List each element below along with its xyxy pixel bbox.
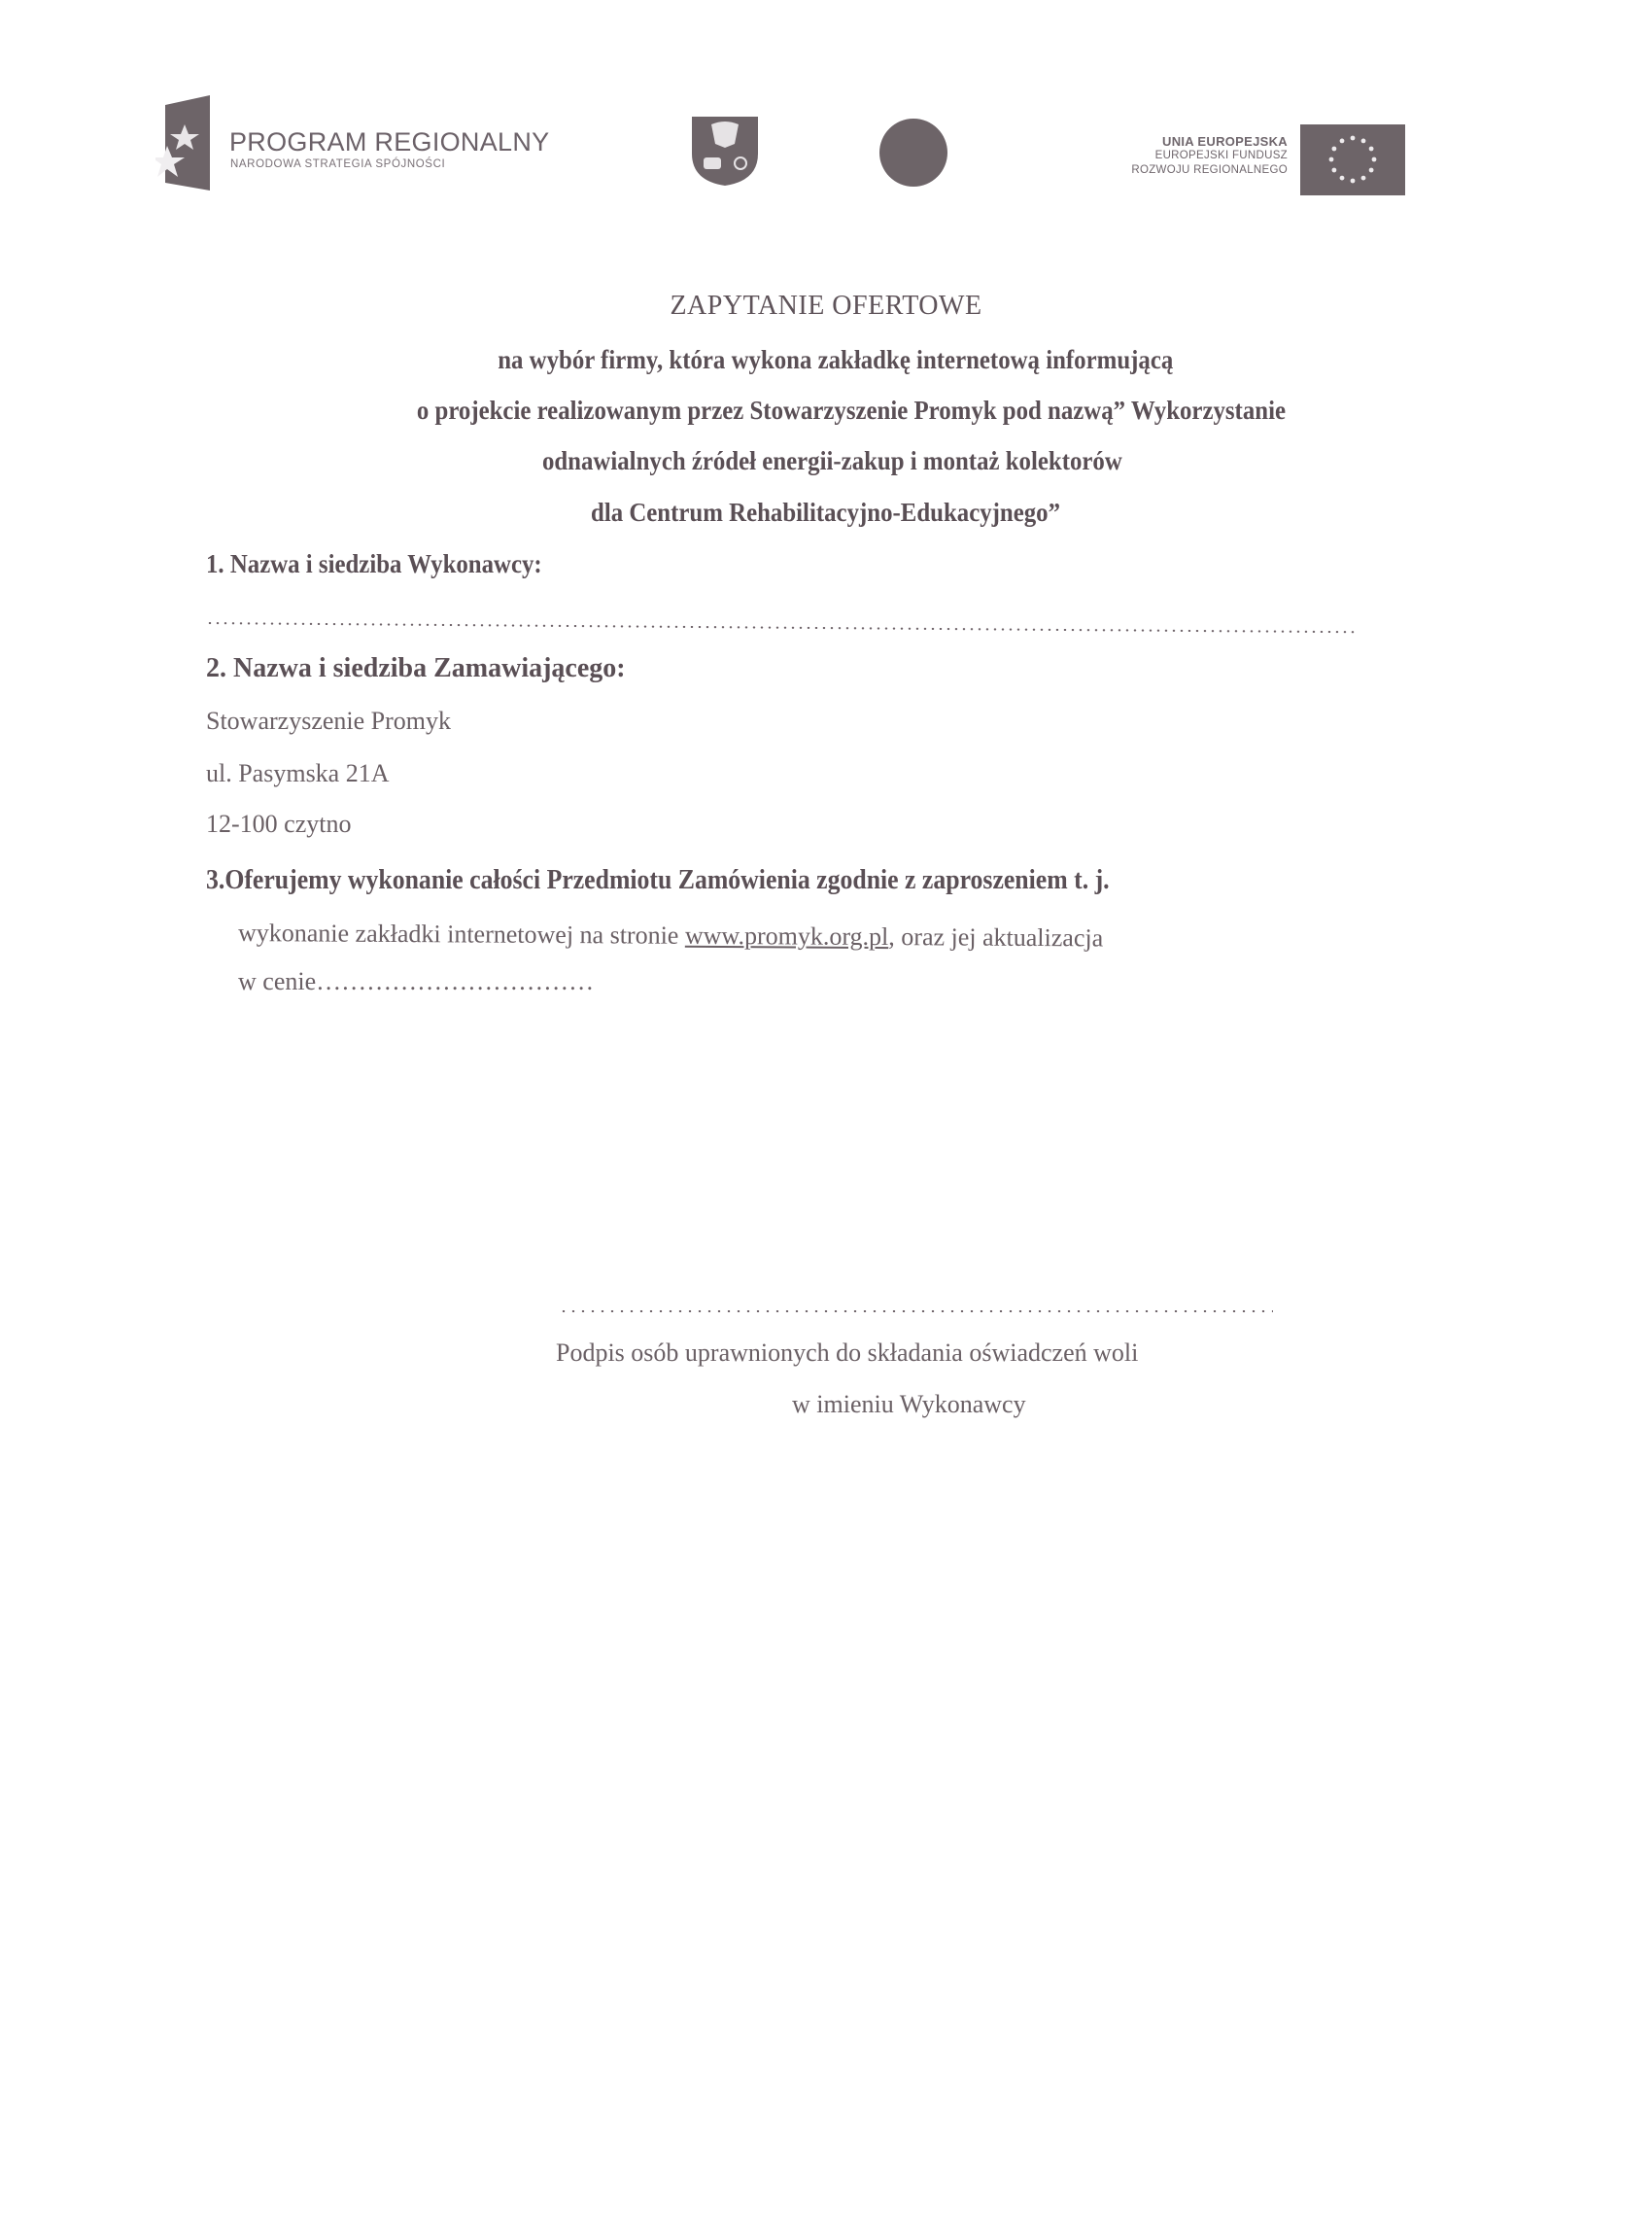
eu-flag-icon — [1300, 124, 1405, 195]
ordering-party-street: ul. Pasymska 21A — [206, 759, 390, 788]
offer-prefix: wykonanie zakładki internetowej na stron… — [238, 919, 685, 950]
subtitle-text-3: odnawialnych źródeł energii-zakup i mont… — [542, 446, 1122, 476]
contractor-name-fill-line[interactable] — [206, 622, 1358, 633]
program-regionalny-title: PROGRAM REGIONALNY — [229, 127, 549, 157]
section-1-heading: 1. Nazwa i siedziba Wykonawcy: — [206, 549, 542, 579]
subtitle-line-4: dla Centrum Rehabilitacyjno-Edukacyjnego… — [0, 498, 1652, 528]
section-2-heading: 2. Nazwa i siedziba Zamawiającego: — [206, 653, 626, 684]
ordering-party-city: 12-100 czytno — [206, 810, 351, 839]
eu-line-1: UNIA EUROPEJSKA — [1131, 134, 1288, 149]
regional-circle-logo-icon — [879, 119, 947, 187]
ordering-party-name: Stowarzyszenie Promyk — [206, 707, 451, 736]
program-regionalny-stars-icon — [155, 95, 210, 191]
document-title: ZAPYTANIE OFERTOWE — [0, 291, 1652, 322]
signature-fill-line[interactable] — [559, 1310, 1273, 1312]
subtitle-text-2: o projekcie realizowanym przez Stowarzys… — [417, 396, 1286, 426]
section-3-heading: 3.Oferujemy wykonanie całości Przedmiotu… — [206, 865, 1110, 896]
eu-fund-text: UNIA EUROPEJSKA EUROPEJSKI FUNDUSZ ROZWO… — [1131, 134, 1288, 178]
subtitle-line-1: na wybór firmy, która wykona zakładkę in… — [10, 345, 1652, 375]
subtitle-text-1: na wybór firmy, która wykona zakładkę in… — [498, 345, 1173, 375]
warmia-mazury-coat-of-arms-icon — [690, 115, 760, 187]
eu-line-2: EUROPEJSKI FUNDUSZ — [1131, 149, 1288, 163]
eu-line-3: ROZWOJU REGIONALNEGO — [1131, 163, 1288, 178]
subtitle-text-4: dla Centrum Rehabilitacyjno-Edukacyjnego… — [591, 498, 1060, 528]
signature-caption-line-1: Podpis osób uprawnionych do składania oś… — [556, 1338, 1138, 1368]
price-fill-line[interactable]: w cenie…………………………… — [238, 967, 594, 996]
offer-description: wykonanie zakładki internetowej na stron… — [238, 919, 1103, 953]
website-link[interactable]: www.promyk.org.pl — [685, 921, 889, 951]
subtitle-line-3: odnawialnych źródeł energii-zakup i mont… — [6, 446, 1652, 476]
offer-suffix: , oraz jej aktualizacja — [888, 922, 1103, 952]
subtitle-line-2: o projekcie realizowanym przez Stowarzys… — [25, 396, 1652, 426]
program-regionalny-subtitle: NARODOWA STRATEGIA SPÓJNOŚCI — [230, 158, 445, 170]
signature-caption-line-2: w imieniu Wykonawcy — [792, 1390, 1026, 1419]
